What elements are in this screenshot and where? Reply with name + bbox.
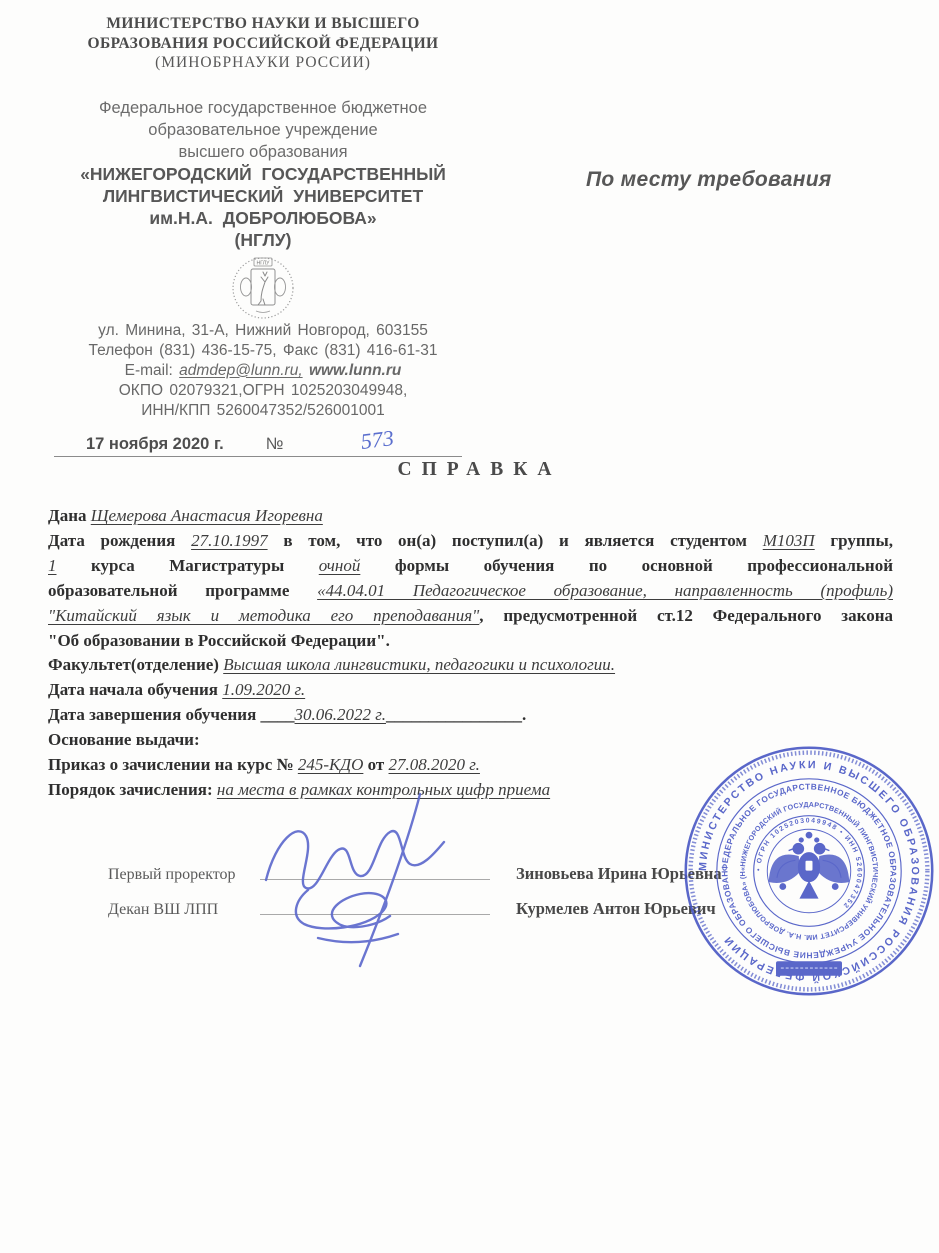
text-segment: от bbox=[363, 755, 388, 774]
text-segment: М103П bbox=[763, 531, 815, 550]
eagle-emblem-icon bbox=[769, 832, 849, 898]
university-name-line: им.Н.А. ДОБРОЛЮБОВА» bbox=[28, 207, 498, 229]
address-block: ул. Минина, 31-А, Нижний Новгород, 60315… bbox=[28, 321, 498, 421]
text-segment: Дата начала обучения bbox=[48, 680, 222, 699]
body-line: Дата рождения 27.10.1997 в том, что он(а… bbox=[48, 529, 893, 554]
text-segment: очной bbox=[319, 556, 361, 575]
text-segment: Дата рождения bbox=[48, 531, 191, 550]
body-line: 1 курса Магистратуры очной формы обучени… bbox=[48, 554, 893, 579]
university-abbrev: (НГЛУ) bbox=[28, 229, 498, 251]
number-sign: № bbox=[266, 435, 284, 454]
text-segment: образовательной программе bbox=[48, 581, 317, 600]
body-line: Дата начала обучения 1.09.2020 г. bbox=[48, 678, 893, 703]
university-name-line: «НИЖЕГОРОДСКИЙ ГОСУДАРСТВЕННЫЙ bbox=[28, 163, 498, 185]
institution-line: Федеральное государственное бюджетное bbox=[28, 97, 498, 119]
text-segment: Дата завершения обучения ____ bbox=[48, 705, 295, 724]
official-seal-stamp: МИНИСТЕРСТВО НАУКИ И ВЫСШЕГО ОБРАЗОВАНИЯ… bbox=[678, 740, 939, 1002]
text-segment: "Об образовании в Российской Федерации". bbox=[48, 631, 390, 650]
body-line: Факультет(отделение) Высшая школа лингви… bbox=[48, 653, 893, 678]
ministry-abbrev: (МИНОБРНАУКИ РОССИИ) bbox=[28, 53, 498, 73]
text-segment: формы обучения по основной профессиональ… bbox=[360, 556, 893, 575]
document-title: СПРАВКА bbox=[0, 459, 939, 481]
institution-line: образовательное учреждение bbox=[28, 119, 498, 141]
text-segment: 1.09.2020 г. bbox=[222, 680, 305, 699]
handwritten-signature bbox=[248, 788, 483, 973]
ministry-header: МИНИСТЕРСТВО НАУКИ И ВЫСШЕГО ОБРАЗОВАНИЯ… bbox=[28, 14, 498, 73]
body-line: "Китайский язык и методика его преподава… bbox=[48, 604, 893, 629]
recipient-note: По месту требования bbox=[586, 168, 832, 192]
text-segment: «44.04.01 Педагогическое образование, на… bbox=[317, 581, 893, 600]
text-segment: Порядок зачисления: bbox=[48, 780, 217, 799]
body-line: Дана Щемерова Анастасия Игоревна bbox=[48, 504, 893, 529]
address-line: ул. Минина, 31-А, Нижний Новгород, 60315… bbox=[28, 321, 498, 341]
institution-type: Федеральное государственное бюджетное об… bbox=[28, 97, 498, 163]
text-segment: 27.10.1997 bbox=[191, 531, 268, 550]
institution-line: высшего образования bbox=[28, 141, 498, 163]
university-emblem-icon: НГЛУ bbox=[28, 255, 498, 321]
text-segment: Высшая школа лингвистики, педагогики и п… bbox=[223, 655, 615, 674]
text-segment: Щемерова Анастасия Игоревна bbox=[91, 506, 323, 525]
date-number-row: 17 ноября 2020 г. № 573 bbox=[54, 429, 462, 457]
text-segment: 1 bbox=[48, 556, 57, 575]
text-segment: 27.08.2020 г. bbox=[389, 755, 480, 774]
ministry-line: МИНИСТЕРСТВО НАУКИ И ВЫСШЕГО bbox=[28, 14, 498, 34]
email-label: E-mail: bbox=[125, 362, 173, 379]
text-segment: Приказ о зачислении на курс № bbox=[48, 755, 298, 774]
inn-kpp-line: ИНН/КПП 5260047352/526001001 bbox=[28, 401, 498, 421]
body-line: Дата завершения обучения ____30.06.2022 … bbox=[48, 703, 893, 728]
body-line: образовательной программе «44.04.01 Педа… bbox=[48, 579, 893, 604]
document-page: МИНИСТЕРСТВО НАУКИ И ВЫСШЕГО ОБРАЗОВАНИЯ… bbox=[0, 0, 939, 1253]
okpo-ogrn-line: ОКПО 02079321,ОГРН 1025203049948, bbox=[28, 381, 498, 401]
email-line: E-mail: admdep@lunn.ru, www.lunn.ru bbox=[28, 361, 498, 381]
ministry-line: ОБРАЗОВАНИЯ РОССИЙСКОЙ ФЕДЕРАЦИИ bbox=[28, 34, 498, 54]
signature-label: Декан ВШ ЛПП bbox=[108, 901, 260, 919]
handwritten-number: 573 bbox=[360, 425, 396, 455]
text-segment: Основание выдачи: bbox=[48, 730, 200, 749]
issue-date: 17 ноября 2020 г. bbox=[86, 435, 224, 454]
emblem-abbrev: НГЛУ bbox=[257, 260, 271, 266]
text-segment: курса Магистратуры bbox=[57, 556, 319, 575]
website-url: www.lunn.ru bbox=[309, 362, 401, 379]
text-segment: 245-КДО bbox=[298, 755, 364, 774]
text-segment: 30.06.2022 г. bbox=[295, 705, 386, 724]
text-segment: Факультет(отделение) bbox=[48, 655, 223, 674]
text-segment: в том, что он(а) поступил(а) и является … bbox=[268, 531, 763, 550]
university-name-line: ЛИНГВИСТИЧЕСКИЙ УНИВЕРСИТЕТ bbox=[28, 185, 498, 207]
text-segment: "Китайский язык и методика его преподава… bbox=[48, 606, 479, 625]
text-segment: группы, bbox=[815, 531, 893, 550]
phone-line: Телефон (831) 436-15-75, Факс (831) 416-… bbox=[28, 341, 498, 361]
letterhead: МИНИСТЕРСТВО НАУКИ И ВЫСШЕГО ОБРАЗОВАНИЯ… bbox=[28, 14, 498, 457]
text-segment: , предусмотренной ст.12 Федерального зак… bbox=[479, 606, 893, 625]
text-segment: Дана bbox=[48, 506, 91, 525]
university-name: «НИЖЕГОРОДСКИЙ ГОСУДАРСТВЕННЫЙ ЛИНГВИСТИ… bbox=[28, 163, 498, 251]
body-line: "Об образовании в Российской Федерации". bbox=[48, 629, 893, 654]
text-segment: ________________. bbox=[386, 705, 526, 724]
signature-label: Первый проректор bbox=[108, 866, 260, 884]
email-address: admdep@lunn.ru, bbox=[179, 362, 302, 379]
